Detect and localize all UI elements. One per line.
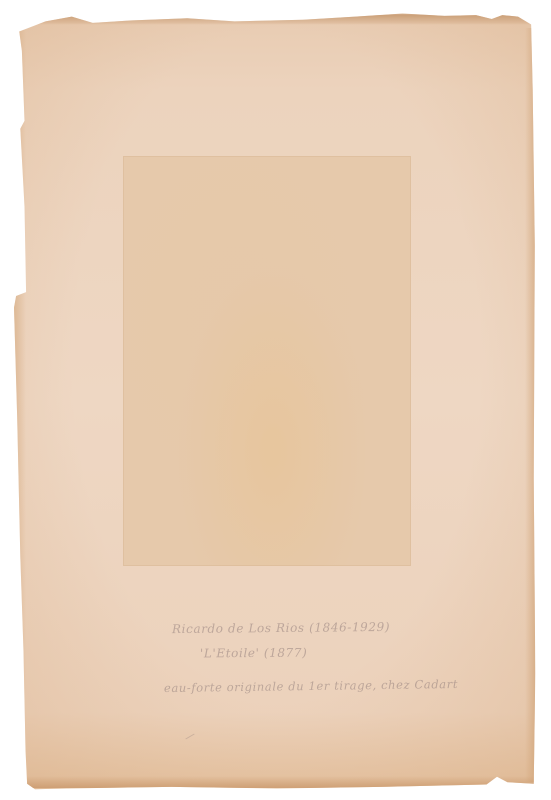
plate-mark-area: [123, 156, 411, 566]
left-edge: [14, 28, 26, 783]
inscription-title: 'L'Etoile' (1877): [200, 647, 307, 660]
worn-top-edge: [25, 14, 532, 24]
inscription-artist: Ricardo de Los Rios (1846-1929): [172, 621, 390, 635]
worn-bottom-edge: [25, 776, 534, 788]
right-edge: [525, 28, 535, 783]
photo-canvas: Ricardo de Los Rios (1846-1929) 'L'Etoil…: [0, 0, 551, 800]
